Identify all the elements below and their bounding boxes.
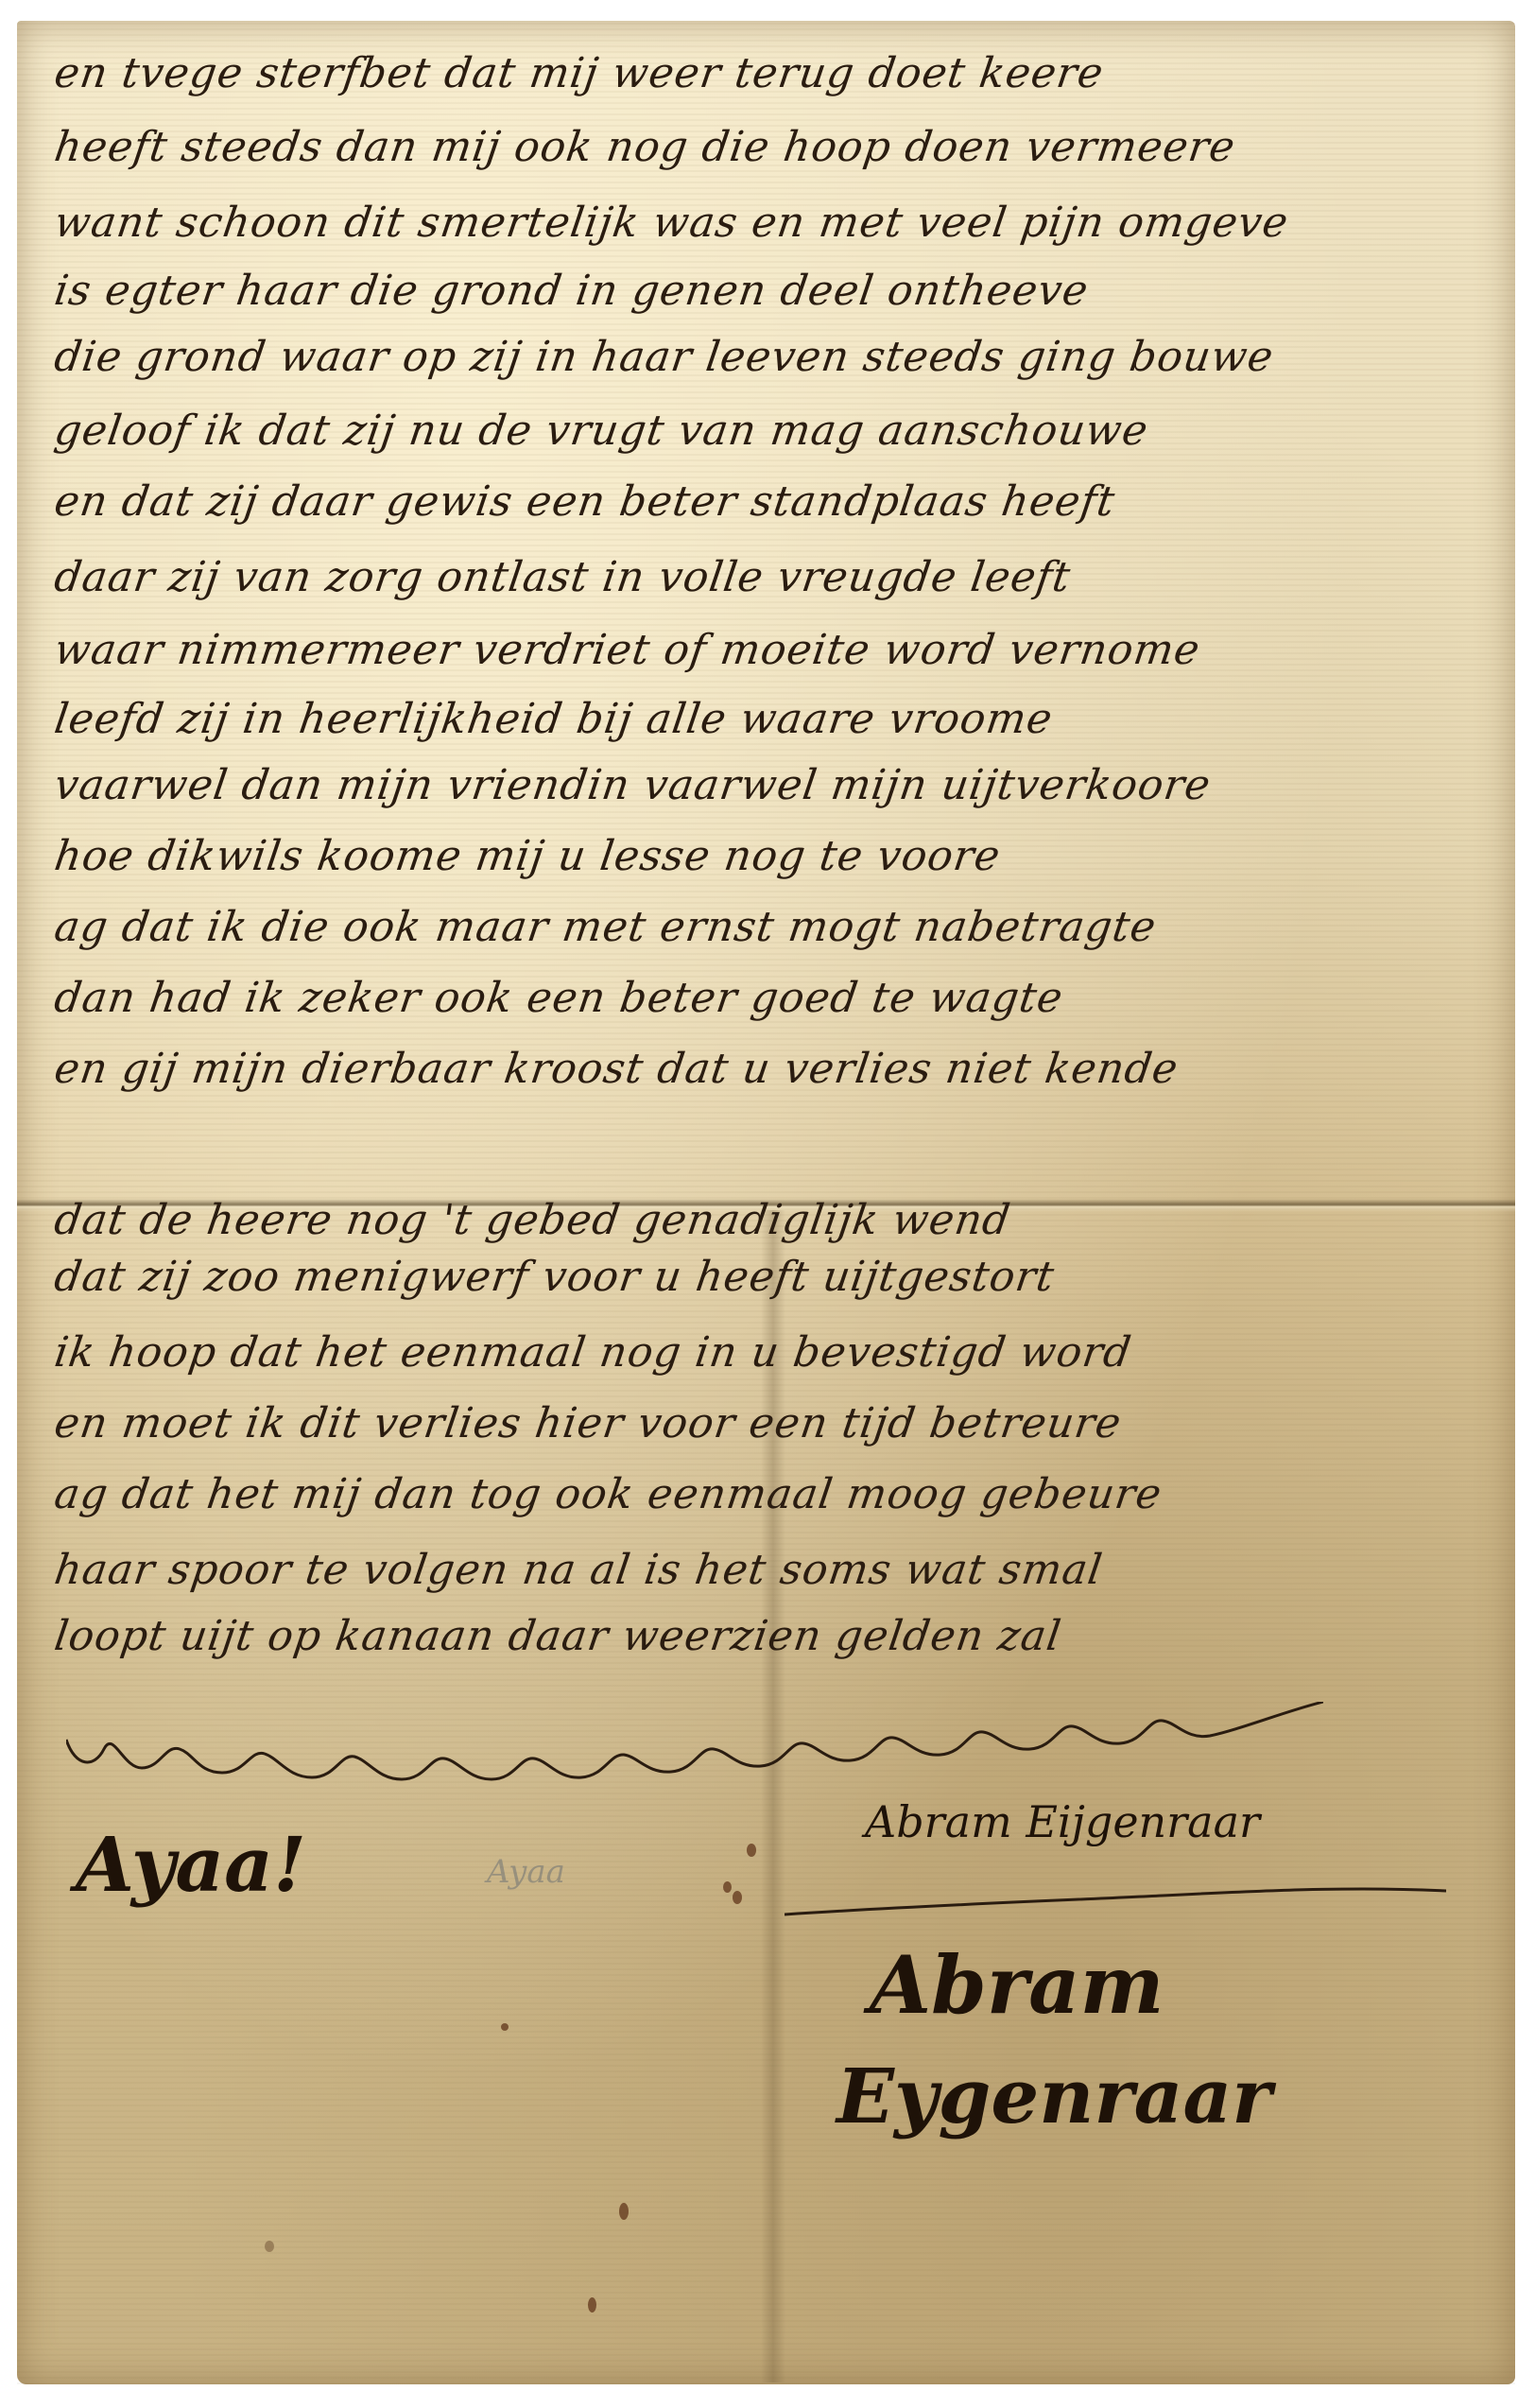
pencil-note: Ayaa — [487, 1853, 565, 1891]
letter-line: en gij mijn dierbaar kroost dat u verlie… — [51, 1045, 1181, 1093]
decorative-flourish — [66, 1702, 1323, 1787]
letter-line: en tvege sterfbet dat mij weer terug doe… — [51, 49, 1106, 97]
letter-line: dat zij zoo menigwerf voor u heeft uijtg… — [51, 1253, 1058, 1301]
letter-line: die grond waar op zij in haar leeven ste… — [51, 333, 1276, 381]
signature-small: Abram Eijgenraar — [865, 1796, 1260, 1847]
letter-line: leefd zij in heerlijkheid bij alle waare… — [51, 695, 1056, 743]
letter-line: want schoon dit smertelijk was en met ve… — [51, 199, 1291, 247]
letter-line: heeft steeds dan mij ook nog die hoop do… — [51, 123, 1238, 171]
ink-stain — [619, 2203, 629, 2220]
letter-line: loopt uijt op kanaan daar weerzien gelde… — [51, 1612, 1064, 1660]
ink-stain — [733, 1891, 742, 1904]
signature-scrawl: Ayaa! — [76, 1820, 306, 1909]
letter-line: hoe dikwils koome mij u lesse nog te voo… — [51, 832, 1003, 880]
ink-stain — [723, 1881, 732, 1893]
signature-large-last-name: Eygenraar — [836, 2052, 1271, 2140]
letter-line: vaarwel dan mijn vriendin vaarwel mijn u… — [51, 761, 1214, 809]
letter-line: ag dat ik die ook maar met ernst mogt na… — [51, 903, 1159, 951]
ink-stain — [747, 1844, 756, 1857]
ink-stain — [501, 2023, 509, 2031]
signature-large-first-name: Abram — [870, 1938, 1164, 2032]
letter-line: is egter haar die grond in genen deel on… — [51, 267, 1091, 315]
letter-line: geloof ik dat zij nu de vrugt van mag aa… — [51, 407, 1151, 455]
letter-line: waar nimmermeer verdriet of moeite word … — [51, 626, 1203, 674]
vertical-fold-crease — [761, 1210, 785, 2382]
signature-underline — [785, 1881, 1446, 1919]
ink-stain — [588, 2297, 596, 2313]
letter-line: ik hoop dat het eenmaal nog in u bevesti… — [51, 1328, 1134, 1377]
letter-line: en dat zij daar gewis een beter standpla… — [51, 477, 1118, 526]
letter-line: ag dat het mij dan tog ook eenmaal moog … — [51, 1470, 1164, 1518]
letter-line: dat de heere nog 't gebed genadiglijk we… — [51, 1196, 1013, 1244]
letter-line: daar zij van zorg ontlast in volle vreug… — [51, 553, 1074, 601]
letter-line: dan had ik zeker ook een beter goed te w… — [51, 974, 1066, 1022]
ink-stain — [265, 2241, 274, 2252]
letter-line: en moet ik dit verlies hier voor een tij… — [51, 1399, 1124, 1447]
letter-line: haar spoor te volgen na al is het soms w… — [51, 1546, 1105, 1594]
